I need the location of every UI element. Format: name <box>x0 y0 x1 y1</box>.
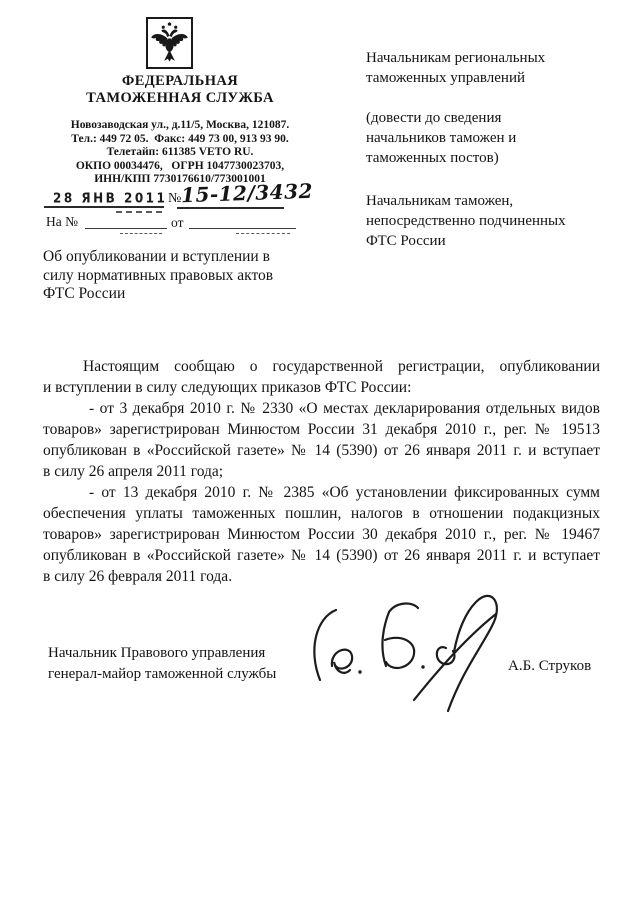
dotted-line <box>116 211 162 213</box>
recipient-line: Начальникам региональных <box>366 48 606 68</box>
agency-name-line: ФЕДЕРАЛЬНАЯ <box>25 73 335 90</box>
outgoing-number-handwritten: 15-12/3432 <box>181 179 314 208</box>
recipient-block-regional: Начальникам региональных таможенных упра… <box>366 48 606 88</box>
ref-from-underline <box>189 228 296 229</box>
body-line: обеспечения уплаты таможенных пошлин, на… <box>43 503 600 524</box>
body-line: - от 13 декабря 2010 г. № 2385 «Об устан… <box>43 482 600 503</box>
recipient-line: таможенных постов) <box>366 148 606 168</box>
body-line: в силу 26 апреля 2011 года; <box>43 461 600 482</box>
coat-of-arms-box <box>146 17 193 69</box>
incoming-ref-from-label: от <box>171 215 183 231</box>
dotted-line <box>236 233 290 234</box>
recipient-block-customs: Начальникам таможен, непосредственно под… <box>366 191 606 251</box>
subject: Об опубликовании и вступлении в силу нор… <box>43 248 323 304</box>
recipient-line: таможенных управлений <box>366 68 606 88</box>
ref-underline <box>85 228 167 229</box>
signer-position: Начальник Правового управления генерал-м… <box>48 643 276 685</box>
body-line: и вступлении в силу следующих приказов Ф… <box>43 377 600 398</box>
date-stamp: 28 ЯНВ 2011 <box>53 190 167 206</box>
number-underline <box>177 207 284 209</box>
document-page: ФЕДЕРАЛЬНАЯ ТАМОЖЕННАЯ СЛУЖБА Новозаводс… <box>0 0 640 900</box>
signer-name: А.Б. Струков <box>508 658 591 675</box>
incoming-ref-label: На № <box>46 214 78 230</box>
letterhead-address: Новозаводская ул., д.11/5, Москва, 12108… <box>25 119 335 187</box>
address-line: Тел.: 449 72 05. Факс: 449 73 00, 913 93… <box>25 133 335 147</box>
double-headed-eagle-icon <box>150 21 189 65</box>
address-line: Новозаводская ул., д.11/5, Москва, 12108… <box>25 119 335 133</box>
dotted-line <box>120 233 162 234</box>
signer-position-line: генерал-майор таможенной службы <box>48 664 276 685</box>
recipient-line: непосредственно подчиненных <box>366 211 606 231</box>
subject-line: Об опубликовании и вступлении в <box>43 248 323 267</box>
body-line: в силу 26 февраля 2011 года. <box>43 566 600 587</box>
recipient-block-note: (довести до сведения начальников таможен… <box>366 108 606 168</box>
recipient-line: ФТС России <box>366 231 606 251</box>
body-line: опубликован в «Российской газете» № 14 (… <box>43 440 600 461</box>
address-line: ОКПО 00034476, ОГРН 1047730023703, <box>25 160 335 174</box>
agency-name-line: ТАМОЖЕННАЯ СЛУЖБА <box>25 90 335 107</box>
recipient-line: начальников таможен и <box>366 128 606 148</box>
subject-line: ФТС России <box>43 285 323 304</box>
outgoing-number-label: № <box>168 191 181 207</box>
body-line: Настоящим сообщаю о государственной реги… <box>43 356 600 377</box>
subject-line: силу нормативных правовых актов <box>43 267 323 286</box>
body-line: - от 3 декабря 2010 г. № 2330 «О местах … <box>43 398 600 419</box>
date-underline <box>44 206 164 208</box>
body-line: товаров» зарегистрирован Минюстом России… <box>43 524 600 545</box>
body-line: товаров» зарегистрирован Минюстом России… <box>43 419 600 440</box>
signer-position-line: Начальник Правового управления <box>48 643 276 664</box>
address-line: Телетайп: 611385 VETO RU. <box>25 146 335 160</box>
recipient-line: (довести до сведения <box>366 108 606 128</box>
signature-autograph <box>296 588 501 713</box>
agency-name: ФЕДЕРАЛЬНАЯ ТАМОЖЕННАЯ СЛУЖБА <box>25 73 335 107</box>
recipient-line: Начальникам таможен, <box>366 191 606 211</box>
body-text: Настоящим сообщаю о государственной реги… <box>43 356 600 587</box>
body-line: опубликован в «Российской газете» № 14 (… <box>43 545 600 566</box>
